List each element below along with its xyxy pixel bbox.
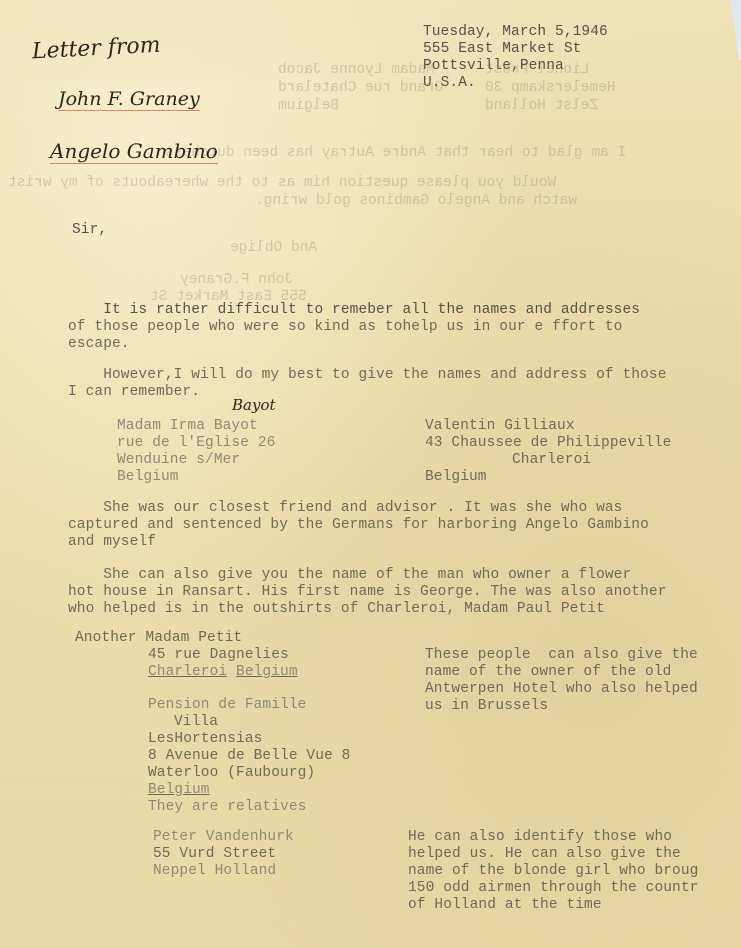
handwritten-name-gambino: Angelo Gambino bbox=[50, 139, 218, 163]
pension-line: Pension de Famille bbox=[148, 697, 306, 714]
pension-line: Villa bbox=[174, 714, 218, 731]
pension-line: 8 Avenue de Belle Vue 8 bbox=[148, 748, 350, 765]
petit-city-country: Charleroi Belgium bbox=[148, 664, 298, 681]
bleed-text: Belgium bbox=[278, 98, 339, 115]
paragraph-line: I can remember. bbox=[68, 384, 200, 401]
petit-street: 45 rue Dagnelies bbox=[148, 647, 289, 664]
paragraph-line: She can also give you the name of the ma… bbox=[68, 567, 631, 584]
paragraph-line: captured and sentenced by the Germans fo… bbox=[68, 517, 649, 534]
pension-line: They are relatives bbox=[148, 799, 306, 816]
address-irma-name: Madam Irma Bayot bbox=[117, 418, 258, 435]
paragraph-line: of those people who were so kind as tohe… bbox=[68, 319, 623, 336]
note-line: name of the blonde girl who broug bbox=[408, 863, 698, 880]
address-valentin-country: Belgium bbox=[425, 469, 487, 486]
address-irma-street: rue de l'Eglise 26 bbox=[117, 435, 275, 452]
paragraph-line: She was our closest friend and advisor .… bbox=[68, 500, 623, 517]
peter-street: 55 Vurd Street bbox=[153, 846, 276, 863]
peter-town: Neppel Holland bbox=[153, 863, 276, 880]
bleed-text: John F.Graney bbox=[180, 272, 293, 289]
note-line: us in Brussels bbox=[425, 698, 548, 715]
handwritten-correction-bayot: Bayot bbox=[232, 396, 276, 414]
bleed-text: Hemelerskamp 30 bbox=[485, 80, 616, 97]
bleed-text: I am glad to hear that Andre Autray has … bbox=[165, 145, 626, 162]
note-line: Antwerpen Hotel who also helped bbox=[425, 681, 698, 698]
pension-line: Belgium bbox=[148, 782, 210, 799]
note-line: These people can also give the bbox=[425, 647, 698, 664]
address-valentin-street: 43 Chaussee de Philippeville bbox=[425, 435, 671, 452]
note-line: He can also identify those who bbox=[408, 829, 672, 846]
bleed-text: Zelst Holland bbox=[485, 98, 598, 115]
paragraph-line: escape. bbox=[68, 336, 130, 353]
paragraph-line: hot house in Ransart. His first name is … bbox=[68, 584, 667, 601]
paragraph-line: However,I will do my best to give the na… bbox=[68, 367, 667, 384]
letter-date: Tuesday, March 5,1946 bbox=[423, 24, 608, 41]
paragraph-line: and myself bbox=[68, 534, 156, 551]
paragraph-line: It is rather difficult to remeber all th… bbox=[68, 302, 640, 319]
address-valentin-town: Charleroi bbox=[512, 452, 591, 469]
sender-country: U.S.A. bbox=[423, 75, 476, 92]
address-irma-town: Wenduine s/Mer bbox=[117, 452, 240, 469]
sender-city: Pottsville,Penna bbox=[423, 58, 564, 75]
paragraph-line: who helped is in the outshirts of Charle… bbox=[68, 601, 605, 618]
address-valentin-name: Valentin Gilliaux bbox=[425, 418, 575, 435]
note-line: 150 odd airmen through the countr bbox=[408, 880, 698, 897]
sender-street: 555 East Market St bbox=[423, 41, 581, 58]
handwritten-name-graney: John F. Graney bbox=[58, 88, 200, 110]
bleed-text: watch and Angelo Gambinos gold wring. bbox=[255, 193, 577, 210]
note-line: of Holland at the time bbox=[408, 897, 602, 914]
bleed-text: And Oblige bbox=[230, 240, 317, 257]
petit-label: Another Madam Petit bbox=[75, 630, 242, 647]
bleed-text: Grand rue Chatelard bbox=[278, 80, 443, 97]
note-line: name of the owner of the old bbox=[425, 664, 671, 681]
pension-line: LesHortensias bbox=[148, 731, 262, 748]
address-irma-country: Belgium bbox=[117, 469, 179, 486]
pension-line: Waterloo (Faubourg) bbox=[148, 765, 315, 782]
bleed-text: Would you please question him as to the … bbox=[8, 175, 556, 192]
note-line: helped us. He can also give the bbox=[408, 846, 681, 863]
salutation: Sir, bbox=[72, 222, 107, 239]
bleed-text: Madam Lyonne Jacob bbox=[278, 62, 435, 79]
peter-name: Peter Vandenhurk bbox=[153, 829, 294, 846]
